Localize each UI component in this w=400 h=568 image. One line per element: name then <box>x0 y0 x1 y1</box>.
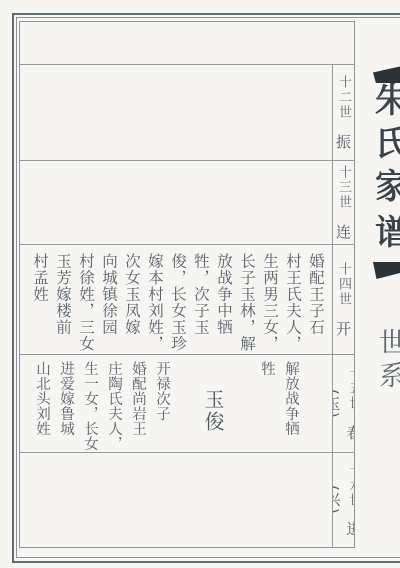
genealogy-page: { "page": { "spine_title_chars": ["朱", "… <box>0 0 400 568</box>
generation-label: 十六世 <box>347 463 355 508</box>
spine-title-char-1: 朱 <box>375 84 400 118</box>
generation-row-12: 十二世 振 <box>20 64 354 160</box>
generation-label: 十二世 <box>336 75 351 120</box>
person-name: 玉俊 <box>201 361 225 452</box>
generation-row-16: 十六世 进(兴) <box>20 452 354 547</box>
generation-label-inner: 十六世 进(兴) <box>332 453 354 547</box>
spine-title-char-2: 氏 <box>375 127 400 161</box>
generation-label-inner: 十二世 振 <box>333 75 354 149</box>
spine-title-char-3: 家 <box>375 170 400 204</box>
spine-ornament-bottom <box>373 262 400 279</box>
spine-subtitle-char-1: 世 <box>379 330 400 357</box>
generation-label-inner: 十三世 连 <box>333 165 354 239</box>
generation-label-cell-15: 十五世 春(玉) <box>332 355 354 452</box>
generation-label: 十五世 <box>347 366 355 411</box>
generation-label-cell-13: 十三世 连 <box>332 161 354 244</box>
generation-char: 连 <box>334 224 352 240</box>
generation-char: 开 <box>334 321 352 337</box>
row-15-text: 解放战争牺 牲 玉俊 开禄次子 婚配尚岩王 庄陶氏夫人， 生一女，长女 进爱嫁鲁… <box>20 355 332 452</box>
generation-row-14: 婚配王子石 村王氏夫人， 生两男三女， 长子玉林，解 放战争中牺 牲，次子玉 俊… <box>20 244 354 354</box>
row-16-text <box>20 453 332 547</box>
row-12-text <box>20 65 332 160</box>
generation-row-13: 十三世 连 <box>20 160 354 244</box>
spine-subtitle-char-2: 系 <box>379 363 400 390</box>
person-bio-text: 开禄次子 婚配尚岩王 庄陶氏夫人， 生一女，长女 进爱嫁鲁城 山北头刘姓 <box>30 361 174 452</box>
row-13-text <box>20 161 332 244</box>
header-band <box>20 22 354 64</box>
generation-label-cell-16: 十六世 进(兴) <box>332 453 354 547</box>
row-14-text: 婚配王子石 村王氏夫人， 生两男三女， 长子玉林，解 放战争中牺 牲，次子玉 俊… <box>20 245 332 354</box>
generation-label-inner: 十四世 开 <box>333 262 354 336</box>
generation-label: 十三世 <box>336 165 351 210</box>
generation-label: 十四世 <box>336 262 351 307</box>
entry-continuation-text: 解放战争牺 牲 <box>255 361 303 452</box>
generation-label-cell-14: 十四世 开 <box>332 245 354 354</box>
generation-char: 振 <box>334 134 352 150</box>
genealogy-table: 十二世 振 十三世 连 婚配王子石 村王氏夫人， 生两男三女， 长子玉林，解 放… <box>19 21 355 548</box>
generation-label-inner: 十五世 春(玉) <box>332 355 354 452</box>
generation-row-15: 解放战争牺 牲 玉俊 开禄次子 婚配尚岩王 庄陶氏夫人， 生一女，长女 进爱嫁鲁… <box>20 354 354 452</box>
spine-title-char-4: 谱 <box>375 216 400 250</box>
generation-label-cell-12: 十二世 振 <box>332 65 354 160</box>
header-content <box>20 22 354 64</box>
